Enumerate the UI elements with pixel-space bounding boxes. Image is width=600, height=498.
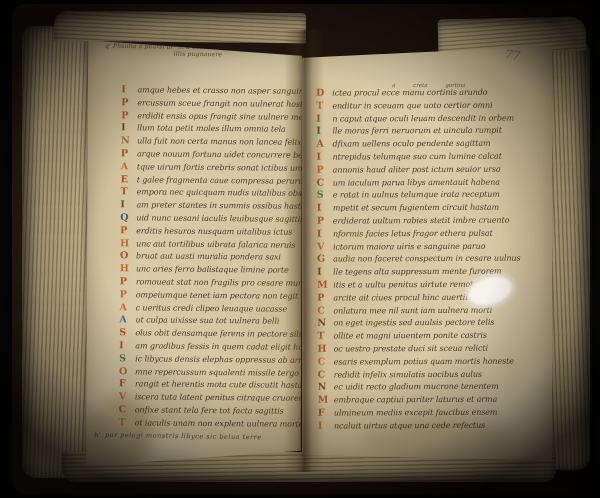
colored-initial: T <box>118 417 129 430</box>
verse-line: S e rotat in uulnus telumque irata recep… <box>317 186 549 200</box>
verse-line: I lle moras ferri neruorum et uincula ru… <box>316 122 548 136</box>
verse-line: F ulmineum mediis excepit faucibus ensem <box>318 403 550 417</box>
verse-line: H oc uestro prestate duci sit sceua reli… <box>317 339 549 353</box>
verse-line: T enditur in sceuam que uoto certior omn… <box>316 96 548 110</box>
insertion-mark: h' <box>94 431 101 439</box>
verse-line: I mpetit et secum fugientem circuit hast… <box>317 199 549 213</box>
manuscript-photo: q' Phsalia a pharsi dr' .i. a uerbis cor… <box>0 0 600 498</box>
gutter-shadow <box>284 30 324 472</box>
verse-line: I ntrepidus telumque suo cum lumine calc… <box>316 147 548 161</box>
verse-line: A dfixam uellens oculo pendente sagittam <box>316 135 548 149</box>
verse-line: C esaris exemplum potius quam mortis hon… <box>318 352 550 366</box>
verse-line: G audia non faceret conspectum in cesare… <box>317 250 549 264</box>
verse-line: I nformis facies letus fragor ethera pul… <box>317 224 549 238</box>
verse-line: P arcite ait ciues procul hinc auertite … <box>317 288 549 302</box>
right-page: 77 a creta gortina D ictea procul ecce m… <box>302 40 552 465</box>
verse-line: N on eget ingestis sed auulsis pectore t… <box>317 314 549 328</box>
verse-line: C onlatura mee nil sunt iam uulnera mort… <box>317 301 549 315</box>
verse-text: ncaluit uirtus atque una cede refectus <box>334 420 485 430</box>
interlinear-gloss: a creta gortina <box>392 79 466 92</box>
left-page: q' Phsalia a pharsi dr' .i. a uerbis cor… <box>86 36 302 468</box>
right-text-block: a creta gortina D ictea procul ecce manu… <box>316 83 550 430</box>
verse-line: a creta gortina D ictea procul ecce manu… <box>316 83 548 97</box>
page-edges-top-left <box>54 11 306 44</box>
verse-line: C redidit infelix simulatis uocibus aulu… <box>318 365 550 379</box>
verse-line: I ncaluit uirtus atque una cede refectus <box>318 416 550 430</box>
verse-line: P erdiderat uultum rabies stetit imbre c… <box>317 211 549 225</box>
verse-line: I n caput atque oculi leuam descendit in… <box>316 109 548 123</box>
verse-line: I lle tegens alta suppressum mente furor… <box>317 263 549 277</box>
verse-line: M embraque captiui pariter laturus et ar… <box>318 391 550 405</box>
verse-line: M itis et a uultu penitus uirtute remota <box>317 275 549 289</box>
page-edges-right <box>548 40 590 470</box>
verse-line: P annonis haud aliter post ictum seuior … <box>316 160 548 174</box>
page-edges-left <box>22 26 88 478</box>
verse-line: C um iaculum parua libys amentauit haben… <box>317 173 549 187</box>
verse-line: T ot iaculis unam non explent uulnera mo… <box>118 414 298 428</box>
folio-number: 77 <box>504 47 521 63</box>
verse-line: T ollite et magni uiuentem ponite castri… <box>317 327 549 341</box>
verse-line: V ictorum maiora uiris e sanguine paruo <box>317 237 549 251</box>
verse-line: N ec uidit recto gladium mucrone tenente… <box>318 378 550 392</box>
left-text-block: I amque hebes et crasso non asper sangui… <box>118 81 301 428</box>
